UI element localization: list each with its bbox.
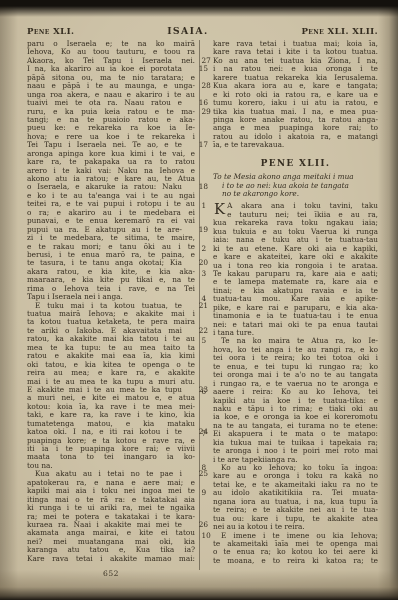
text-line: īa, e te tarevakaua. [213,141,378,149]
line-text: nei au ia kotou i te reira. [213,522,305,531]
verse-number: 17 [199,141,208,149]
verse-number: 29 [202,108,211,116]
line-text: no te akarongo kore. [213,189,299,198]
scanned-book-page: Pene XLI. ISAIA. Pene XLI. XLII. paru o … [0,0,398,600]
verse-one-dropcap-block: 1 K A akara ana i toku tavini, taku e ta… [213,202,378,219]
verse-number: 19 [199,226,208,234]
right-text-column: kare rava tetai i tuatua mai; koia īa,ka… [213,40,378,565]
verse-number: 28 [202,82,211,90]
left-text-column: paru o Iseraela e; te na ko mairāIehova,… [27,40,195,563]
line-text: Kare rava tetai i akakite mamao mai: [27,554,195,563]
running-head-right: Pene XLI. XLII. [301,27,378,37]
chapter-heading: PENE XLII. [213,160,378,168]
verse-number: 3 [202,270,207,278]
verse-number: 1 [202,202,207,210]
line-text: Tapu i Iseraela nei i anga. [27,292,123,301]
verse-number: 7 [202,430,207,438]
running-head-left: Pene XLI. [27,27,74,37]
page-number: 652 [27,569,195,578]
left-column-lines: paru o Iseraela e; te na ko mairāIehova,… [27,40,195,563]
verse-number: 6 [202,388,207,396]
running-head-book-title: ISAIA. [167,26,208,37]
verse-number: 20 [199,259,208,267]
verse-number: 8 [202,464,207,472]
verse-one-lines: A akara ana i toku tavini, taku e tautur… [227,202,378,219]
verse-number: 5 [202,337,207,345]
line-text: te moana, e to reira ki katoa ra; te [213,556,378,565]
text-line: te moana, e to reira ki katoa ra; te [213,557,378,565]
drop-cap-letter: K [213,202,227,219]
verse-number: 26 [199,521,208,529]
verse-number: 22 [199,327,208,335]
verse-number: 15 [199,65,208,73]
chapter-summary: To te Mesia akono anga meitaki i muai to… [213,173,378,198]
verse-number: 27 [202,57,211,65]
verse-number: 9 [202,489,207,497]
right-column-top-lines: kare rava tetai i tuatua mai; koia īa,ka… [213,40,378,150]
verse-number: 4 [202,295,207,303]
line-text: To te Mesia akono anga meitaki i mua [213,172,354,181]
chapter-body-lines: kua rekareka rava toku ngakau iaia;kua t… [213,219,378,565]
verse-number: 10 [202,532,211,540]
text-line: no te akarongo kore. [213,190,378,198]
line-text: īa, e te tarevakaua. [213,140,284,149]
verse-number: 2 [202,245,207,253]
running-head: Pene XLI. ISAIA. Pene XLI. XLII. [27,26,378,37]
text-line: Kare rava tetai i akakite mamao mai: [27,555,195,563]
verse-number: 18 [199,183,208,191]
